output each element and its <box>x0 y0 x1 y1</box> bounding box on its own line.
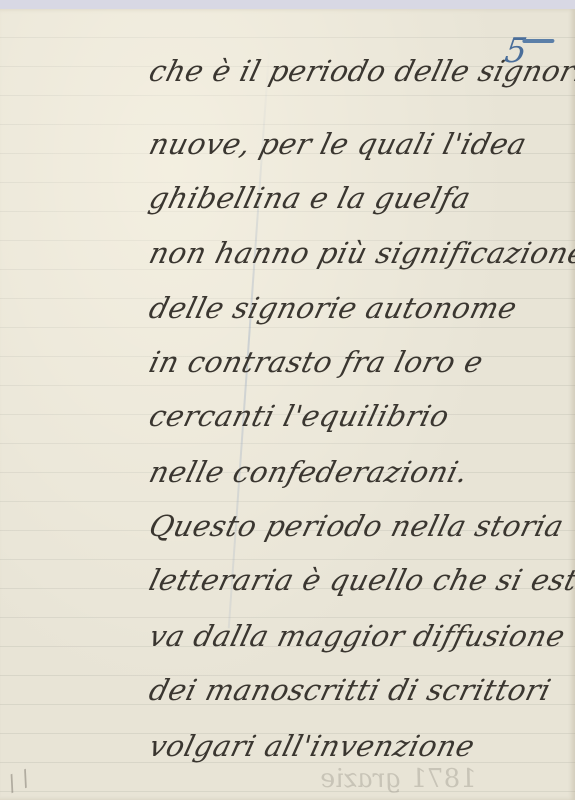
handwritten-line: ghibellina e la guelfa <box>146 181 475 215</box>
manuscript-page: 5 che è il periodo delle signorie nuove,… <box>0 9 575 800</box>
handwritten-line: volgari all'invenzione <box>146 729 479 763</box>
handwritten-line: nelle confederazioni. <box>146 455 472 489</box>
handwritten-line: in contrasto fra loro e <box>146 345 487 379</box>
handwritten-line: delle signorie autonome <box>146 291 521 325</box>
bleed-through-text: 1871 grazie <box>317 764 479 794</box>
handwritten-line: Questo periodo nella storia <box>146 509 568 543</box>
pencil-edge-mark: / / <box>4 766 33 797</box>
handwritten-line: cercanti l'equilibrio <box>146 399 453 433</box>
handwritten-line: letteraria è quello che si estende <box>146 563 575 597</box>
handwritten-line: dei manoscritti di scrittori <box>146 673 555 707</box>
handwritten-line: che è il periodo delle signorie <box>146 54 575 88</box>
handwritten-line: nuove, per le quali l'idea <box>146 127 531 161</box>
handwritten-line: non hanno più significazione; <box>146 236 575 270</box>
handwritten-line: va dalla maggior diffusione <box>146 619 569 653</box>
